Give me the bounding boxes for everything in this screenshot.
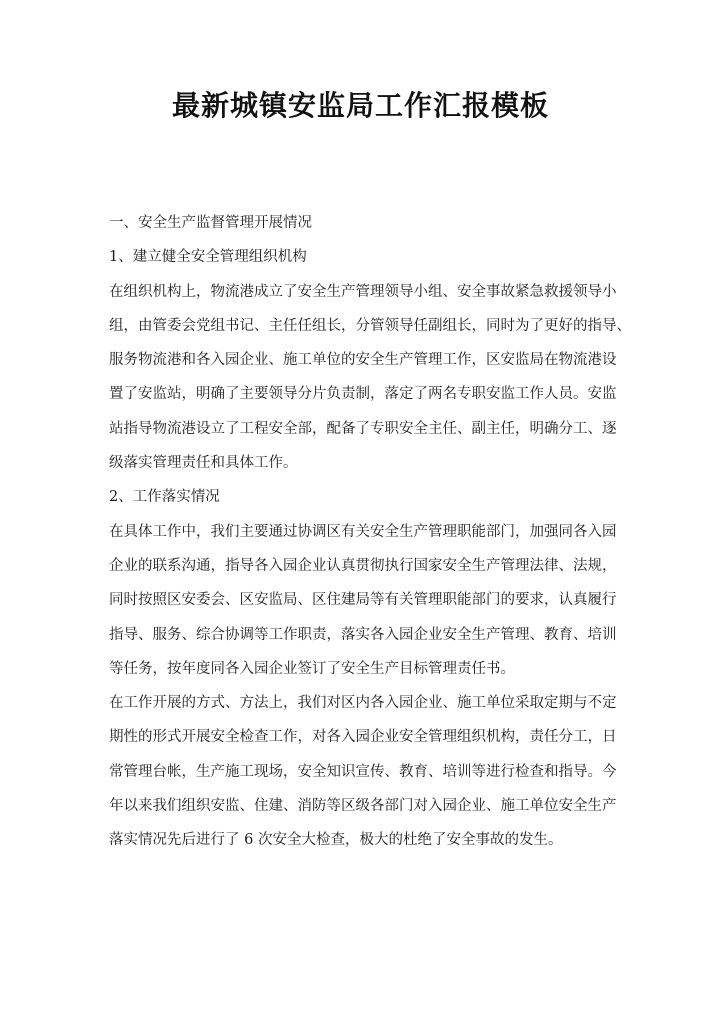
paragraph-line: 级落实管理责任和具体工作。 [109, 446, 615, 480]
paragraph-line: 落实情况先后进行了 6 次安全大检查，极大的杜绝了安全事故的发生。 [109, 823, 615, 857]
paragraph-line: 组，由管委会党组书记、主任任组长，分管领导任副组长，同时为了更好的指导、 [109, 309, 615, 343]
paragraph-line: 在工作开展的方式、方法上，我们对区内各入园企业、施工单位采取定期与不定 [109, 686, 615, 720]
paragraph-line: 期性的形式开展安全检查工作，对各入园企业安全管理组织机构，责任分工，日 [109, 720, 615, 754]
section-heading-1: 一、安全生产监督管理开展情况 [109, 206, 615, 240]
paragraph-line: 同时按照区安委会、区安监局、区住建局等有关管理职能部门的要求，认真履行 [109, 583, 615, 617]
paragraph-line: 站指导物流港设立了工程安全部，配备了专职安全主任、副主任，明确分工、逐 [109, 412, 615, 446]
paragraph-line: 常管理台帐，生产施工现场，安全知识宣传、教育、培训等进行检查和指导。今 [109, 755, 615, 789]
paragraph-line: 企业的联系沟通，指导各入园企业认真贯彻执行国家安全生产管理法律、法规， [109, 549, 615, 583]
paragraph-line: 年以来我们组织安监、住建、消防等区级各部门对入园企业、施工单位安全生产 [109, 789, 615, 823]
paragraph-line: 在具体工作中，我们主要通过协调区有关安全生产管理职能部门，加强同各入园 [109, 515, 615, 549]
document-body: 一、安全生产监督管理开展情况 1、建立健全安全管理组织机构 在组织机构上，物流港… [109, 206, 615, 858]
document-title: 最新城镇安监局工作汇报模板 [0, 86, 721, 126]
paragraph-line: 指导、服务、综合协调等工作职责，落实各入园企业安全生产管理、教育、培训 [109, 618, 615, 652]
paragraph-line: 等任务，按年度同各入园企业签订了安全生产目标管理责任书。 [109, 652, 615, 686]
subheading-1: 1、建立健全安全管理组织机构 [109, 240, 615, 274]
subheading-2: 2、工作落实情况 [109, 480, 615, 514]
paragraph-line: 服务物流港和各入园企业、施工单位的安全生产管理工作，区安监局在物流港设 [109, 343, 615, 377]
paragraph-line: 在组织机构上，物流港成立了安全生产管理领导小组、安全事故紧急救援领导小 [109, 275, 615, 309]
document-page: 最新城镇安监局工作汇报模板 一、安全生产监督管理开展情况 1、建立健全安全管理组… [0, 0, 721, 1020]
paragraph-line: 置了安监站，明确了主要领导分片负责制，落定了两名专职安监工作人员。安监 [109, 377, 615, 411]
